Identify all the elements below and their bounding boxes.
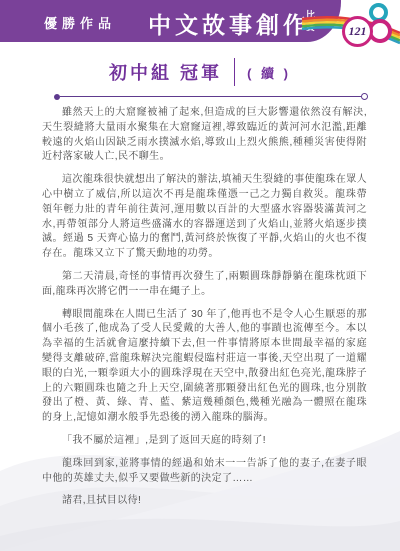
story-body: 雖然天上的大窟窿被補了起來,但造成的巨大影響還依然沒有解決,天生裂縫將大量雨水聚… (0, 106, 400, 517)
story-paragraph: 這次龍珠很快就想出了解決的辦法,填補天生裂縫的事使龍珠在眾人心中樹立了威信,所以… (42, 173, 367, 262)
section-divider-line (234, 58, 235, 86)
section-title-row: 初中組 冠軍 ( 續 ) (0, 58, 400, 86)
divider-rule (60, 96, 361, 98)
horizontal-divider (54, 93, 368, 100)
winning-works-badge: 優勝作品 (44, 13, 116, 32)
suffix-char-bottom: 賽 (306, 21, 315, 33)
suffix-char-top: 比 (306, 9, 315, 21)
story-paragraph: 第二天清晨,奇怪的事情再次發生了,兩顆圓珠靜靜躺在龍珠枕頭下面,龍珠再次將它們一… (42, 270, 367, 300)
page-number: 121 (349, 24, 367, 39)
competition-title: 中文故事創作 (148, 7, 310, 40)
section-subtitle: ( 續 ) (247, 63, 291, 82)
section-title: 初中組 冠軍 (109, 59, 222, 85)
competition-title-suffix: 比 賽 (306, 9, 315, 33)
story-paragraph: 轉眼間龍珠在人間已生活了 30 年了,他再也不是令人心生厭惡的那個小毛孩了,他成… (42, 308, 367, 426)
story-paragraph: 「我不屬於這裡」,是到了返回天庭的時刻了! (42, 434, 367, 449)
story-paragraph: 雖然天上的大窟窿被補了起來,但造成的巨大影響還依然沒有解決,天生裂縫將大量雨水聚… (42, 106, 367, 165)
story-paragraph: 龍珠回到家,並將事情的經過和始末一一告訴了他的妻子,在妻子眼中他的英雄丈夫,似乎… (42, 457, 367, 487)
document-page: 優勝作品 中文故事創作 比 賽 121 初中組 冠軍 ( 續 ) 雖然天上的大窟… (0, 0, 400, 551)
page-number-badge: 121 (342, 16, 373, 47)
story-paragraph: 諸君,且拭目以待! (42, 494, 367, 509)
header-banner: 優勝作品 中文故事創作 比 賽 (0, 0, 341, 42)
divider-open-circle (361, 93, 368, 100)
